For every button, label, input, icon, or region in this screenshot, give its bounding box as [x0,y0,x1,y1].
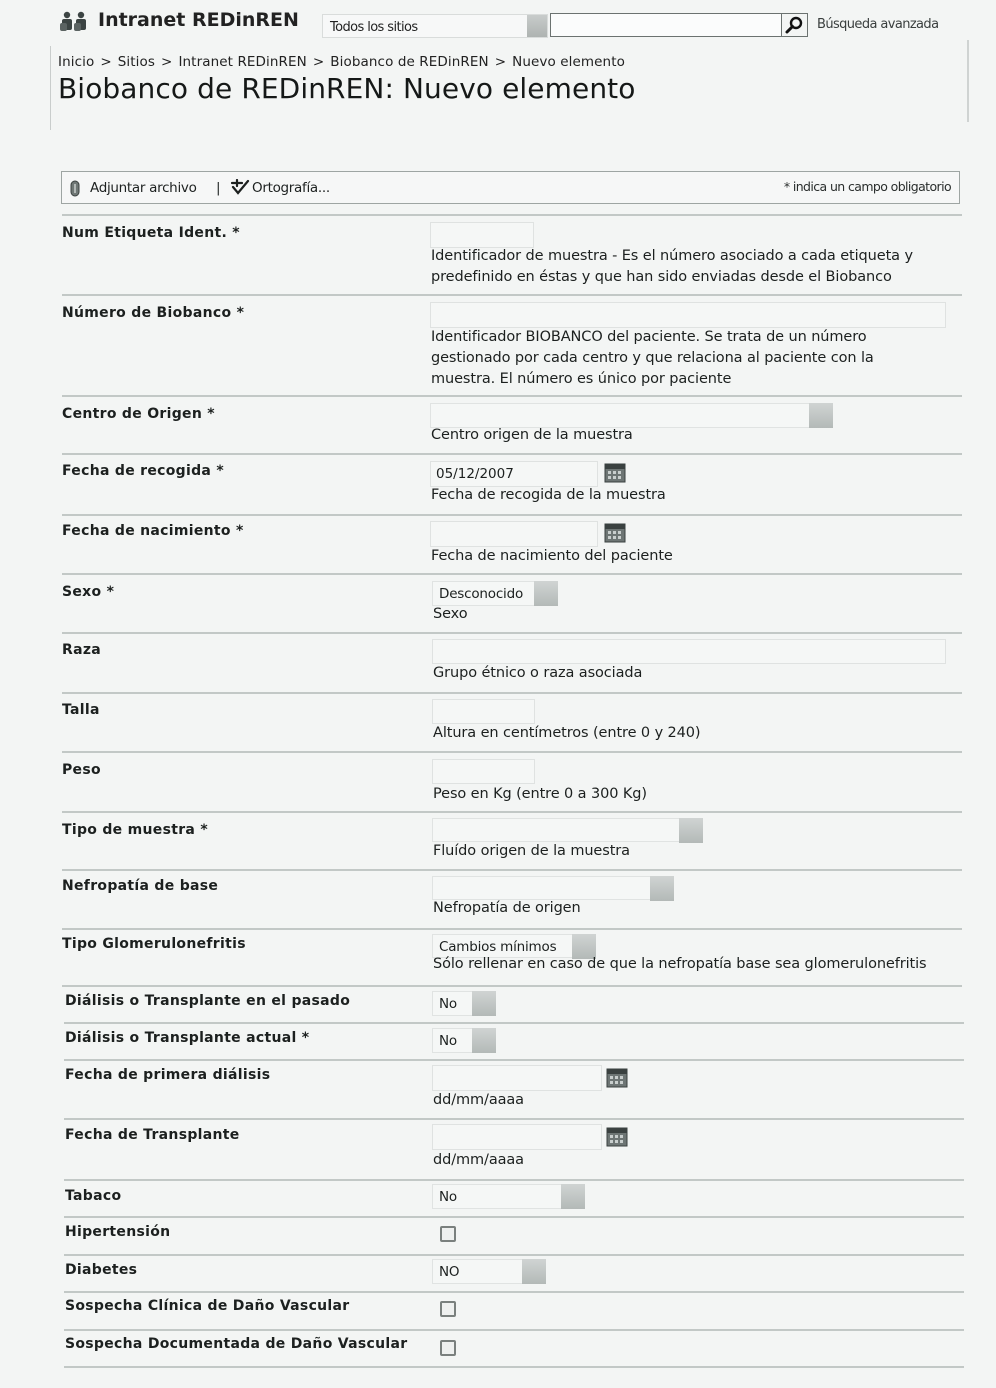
row-divider [64,1366,964,1368]
breadcrumb-separator: > [495,54,506,70]
numero-de-biobanco-description: Identificador BIOBANCO del paciente. Se … [431,327,867,348]
row-divider [64,1254,964,1256]
tipo-de-muestra-description: Fluído origen de la muestra [433,841,630,862]
breadcrumb: Inicio>Sitios>Intranet REDinREN>Biobanco… [58,54,625,70]
num-etiqueta-ident-description: predefinido en éstas y que han sido envi… [431,267,892,288]
frame-divider [967,40,969,122]
raza-description: Grupo étnico o raza asociada [433,663,642,684]
field-label-fecha-de-transplante: Fecha de Transplante [65,1127,240,1143]
peso-description: Peso en Kg (entre 0 a 300 Kg) [433,784,647,805]
field-label-diabetes: Diabetes [65,1262,137,1278]
fecha-de-nacimiento-date-input[interactable] [430,521,598,547]
toolbar-separator: | [216,180,220,196]
dialisis-o-transplante-actual-selected-value: No [439,1033,457,1049]
tipo-de-muestra-select[interactable] [432,818,703,842]
sospecha-clinica-de-dano-vascular-checkbox[interactable] [440,1301,456,1317]
row-divider [62,395,962,397]
field-label-sospecha-documentada-de-dano-vascular: Sospecha Documentada de Daño Vascular [65,1336,407,1352]
talla-input[interactable] [432,699,535,724]
dropdown-arrow-icon[interactable] [534,581,558,606]
row-divider [64,1291,964,1293]
search-scope-dropdown[interactable]: Todos los sitios [322,14,548,38]
field-label-numero-de-biobanco: Número de Biobanco * [62,305,244,321]
frame-divider [50,46,51,130]
site-title[interactable]: Intranet REDinREN [98,9,299,31]
numero-de-biobanco-description: muestra. El número es único por paciente [431,369,731,390]
nefropatia-de-base-description: Nefropatía de origen [433,898,581,919]
row-divider [64,1059,964,1061]
row-divider [62,811,962,813]
field-label-fecha-de-primera-dialisis: Fecha de primera diálisis [65,1067,270,1083]
dialisis-o-transplante-en-el-pasado-selected-value: No [439,996,457,1012]
talla-description: Altura en centímetros (entre 0 y 240) [433,723,701,744]
num-etiqueta-ident-input[interactable] [430,222,534,248]
dialisis-o-transplante-en-el-pasado-select[interactable]: No [432,991,496,1016]
sexo-description: Sexo [433,604,467,625]
sexo-select[interactable]: Desconocido [432,581,558,606]
breadcrumb-item-current: Nuevo elemento [512,54,625,70]
row-divider [62,632,962,634]
fecha-de-transplante-date-input[interactable] [432,1124,602,1150]
tipo-glomerulonefritis-selected-value: Cambios mínimos [439,939,556,955]
fecha-de-recogida-date-input[interactable]: 05/12/2007 [430,461,598,487]
field-label-centro-de-origen: Centro de Origen * [62,406,215,422]
breadcrumb-item-intranet[interactable]: Intranet REDinREN [178,54,306,70]
spellcheck-icon [230,179,250,195]
calendar-icon[interactable] [606,1127,628,1147]
row-divider [64,1022,964,1024]
field-label-peso: Peso [62,762,101,778]
calendar-icon[interactable] [604,523,626,543]
fecha-de-primera-dialisis-description: dd/mm/aaaa [433,1090,524,1111]
paperclip-icon [70,180,80,197]
breadcrumb-separator: > [313,54,324,70]
dropdown-arrow-icon[interactable] [522,1259,546,1284]
numero-de-biobanco-description: gestionado por cada centro y que relacio… [431,348,874,369]
sospecha-documentada-de-dano-vascular-checkbox[interactable] [440,1340,456,1356]
nefropatia-de-base-select[interactable] [432,876,674,900]
field-label-fecha-de-recogida: Fecha de recogida * [62,463,224,479]
calendar-icon[interactable] [606,1068,628,1088]
fecha-de-recogida-description: Fecha de recogida de la muestra [431,485,666,506]
search-button[interactable] [782,13,808,37]
row-divider [64,1216,964,1218]
row-divider [64,1329,964,1331]
diabetes-select[interactable]: NO [432,1259,546,1284]
tipo-glomerulonefritis-description: Sólo rellenar en caso de que la nefropat… [433,954,927,975]
search-input[interactable] [550,13,782,37]
attach-file-button[interactable]: Adjuntar archivo [90,180,197,196]
row-divider [64,1179,964,1181]
field-label-tipo-glomerulonefritis: Tipo Glomerulonefritis [62,936,246,952]
centro-de-origen-description: Centro origen de la muestra [431,425,633,446]
breadcrumb-item-biobanco[interactable]: Biobanco de REDinREN [330,54,488,70]
row-divider [62,751,962,753]
row-divider [62,985,962,987]
row-divider [64,1118,964,1120]
field-label-num-etiqueta-ident: Num Etiqueta Ident. * [62,225,240,241]
field-label-nefropatia-de-base: Nefropatía de base [62,878,218,894]
tabaco-select[interactable]: No [432,1184,585,1209]
row-divider [62,514,962,516]
breadcrumb-separator: > [100,54,111,70]
peso-input[interactable] [432,759,535,784]
dropdown-arrow-icon[interactable] [809,403,833,428]
field-label-fecha-de-nacimiento: Fecha de nacimiento * [62,523,244,539]
numero-de-biobanco-input[interactable] [430,302,946,328]
row-divider [62,214,962,216]
calendar-icon[interactable] [604,463,626,483]
diabetes-selected-value: NO [439,1264,459,1280]
sexo-selected-value: Desconocido [439,586,523,602]
field-label-dialisis-o-transplante-en-el-pasado: Diálisis o Transplante en el pasado [65,993,350,1009]
field-label-hipertension: Hipertensión [65,1224,170,1240]
fecha-de-primera-dialisis-date-input[interactable] [432,1065,602,1091]
people-icon [60,10,90,34]
fecha-de-nacimiento-description: Fecha de nacimiento del paciente [431,546,673,567]
required-field-note: * indica un campo obligatorio [784,179,951,194]
hipertension-checkbox[interactable] [440,1226,456,1242]
field-label-tipo-de-muestra: Tipo de muestra * [62,822,208,838]
dropdown-arrow-icon[interactable] [472,991,496,1016]
row-divider [62,573,962,575]
field-label-talla: Talla [62,702,100,718]
num-etiqueta-ident-description: Identificador de muestra - Es el número … [431,246,913,267]
row-divider [62,928,962,930]
dropdown-arrow-icon[interactable] [472,1028,496,1053]
field-label-tabaco: Tabaco [65,1188,121,1204]
fecha-de-recogida-date-value: 05/12/2007 [436,466,514,482]
dropdown-arrow-icon[interactable] [527,15,547,37]
field-label-sospecha-clinica-de-dano-vascular: Sospecha Clínica de Daño Vascular [65,1298,349,1314]
raza-input[interactable] [432,639,946,664]
breadcrumb-item-sitios[interactable]: Sitios [118,54,155,70]
advanced-search-link[interactable]: Búsqueda avanzada [817,17,938,32]
form-toolbar: Adjuntar archivo | Ortografía... * indic… [61,171,960,204]
row-divider [62,294,962,296]
tabaco-selected-value: No [439,1189,457,1205]
spelling-button[interactable]: Ortografía... [252,180,330,196]
dialisis-o-transplante-actual-select[interactable]: No [432,1028,496,1053]
page-title: Biobanco de REDinREN: Nuevo elemento [58,72,636,105]
row-divider [62,692,962,694]
breadcrumb-item-inicio[interactable]: Inicio [58,54,94,70]
dropdown-arrow-icon[interactable] [679,818,703,843]
field-label-raza: Raza [62,642,101,658]
magnifier-icon [782,14,806,36]
row-divider [62,453,962,455]
breadcrumb-separator: > [161,54,172,70]
dropdown-arrow-icon[interactable] [561,1184,585,1209]
field-label-dialisis-o-transplante-actual: Diálisis o Transplante actual * [65,1030,309,1046]
dropdown-arrow-icon[interactable] [650,876,674,901]
field-label-sexo: Sexo * [62,584,114,600]
row-divider [62,869,962,871]
search-scope-value: Todos los sitios [330,20,418,35]
fecha-de-transplante-description: dd/mm/aaaa [433,1150,524,1171]
